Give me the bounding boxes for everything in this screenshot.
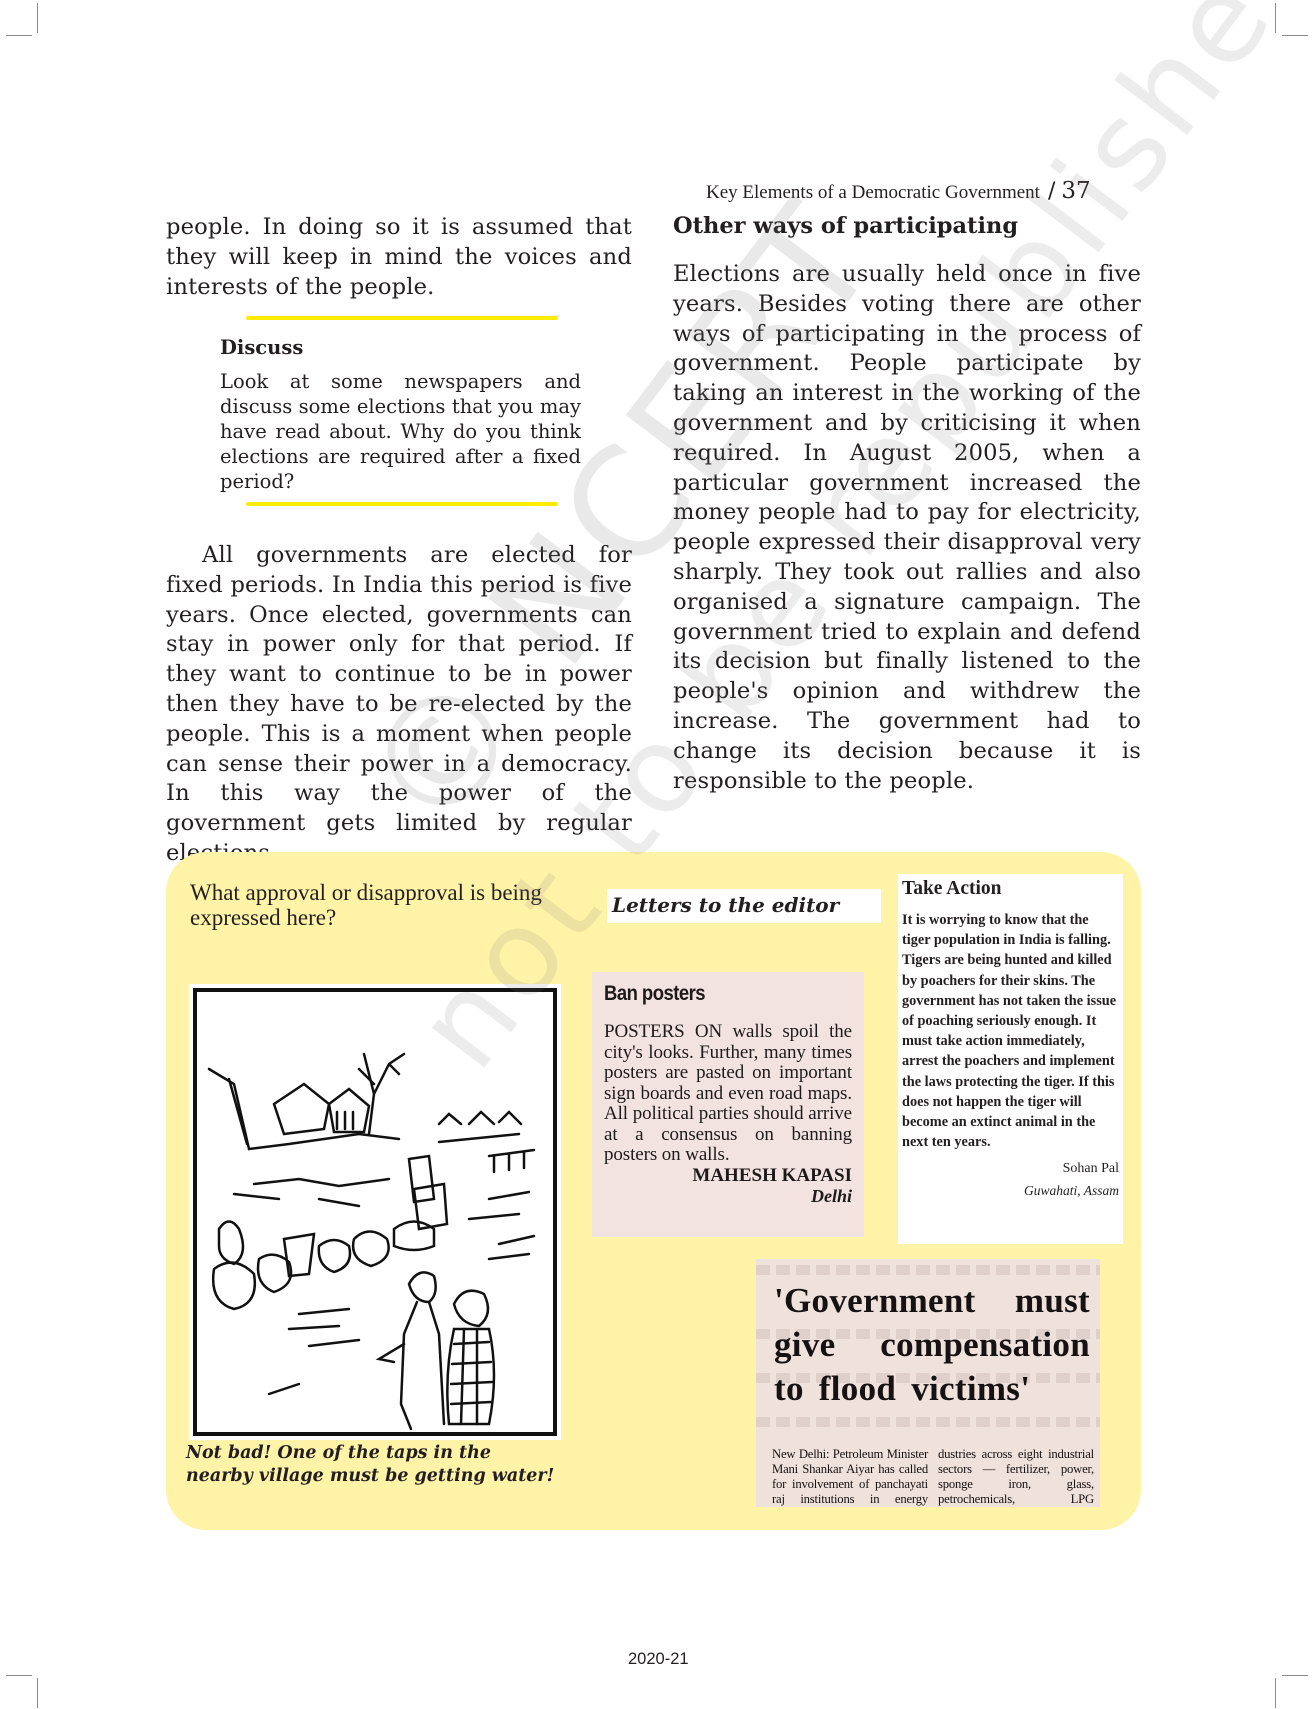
news-column-1: New Delhi: Petroleum Minister Mani Shank… bbox=[772, 1447, 928, 1507]
page-number: 37 bbox=[1061, 178, 1090, 204]
ban-posters-headline: Ban posters bbox=[604, 982, 822, 1006]
news-column-2: dustries across eight industrial sectors… bbox=[938, 1447, 1094, 1507]
intro-paragraph: people. In doing so it is assumed that t… bbox=[166, 213, 632, 302]
running-header: Key Elements of a Democratic Government/… bbox=[706, 178, 1091, 204]
crop-mark bbox=[6, 35, 32, 36]
crop-mark bbox=[6, 1675, 32, 1676]
activity-box: What approval or disapproval is being ex… bbox=[166, 852, 1141, 1530]
crop-mark bbox=[37, 3, 38, 33]
discuss-box: Discuss Look at some newspapers and disc… bbox=[220, 322, 581, 494]
take-action-letter: Take Action It is worrying to know that … bbox=[898, 874, 1123, 1244]
take-action-author: Sohan Pal bbox=[902, 1161, 1119, 1177]
footer-year: 2020-21 bbox=[628, 1650, 689, 1669]
crop-mark bbox=[1282, 1675, 1308, 1676]
crop-mark bbox=[1275, 3, 1276, 33]
ban-posters-body: POSTERS ON walls spoil the city's looks.… bbox=[604, 1022, 852, 1166]
cartoon-illustration bbox=[189, 984, 561, 1440]
take-action-body: It is worrying to know that the tiger po… bbox=[902, 910, 1119, 1152]
faded-text-strip bbox=[756, 1265, 1100, 1275]
letters-to-editor-title: Letters to the editor bbox=[607, 889, 881, 923]
take-action-place: Guwahati, Assam bbox=[902, 1183, 1119, 1199]
chapter-title: Key Elements of a Democratic Government bbox=[706, 182, 1040, 203]
elections-paragraph: All governments are elected for fixed pe… bbox=[166, 541, 632, 869]
discuss-title: Discuss bbox=[220, 336, 581, 359]
left-column: people. In doing so it is assumed that t… bbox=[166, 213, 632, 302]
discuss-top-rule bbox=[246, 316, 558, 320]
ban-posters-place: Delhi bbox=[604, 1186, 852, 1206]
participation-paragraph: Elections are usually held once in five … bbox=[673, 260, 1141, 796]
news-clipping: 'Government must give compensation to fl… bbox=[756, 1259, 1100, 1507]
ban-posters-letter: Ban posters POSTERS ON walls spoil the c… bbox=[592, 972, 864, 1237]
discuss-bottom-rule bbox=[246, 502, 558, 506]
news-headline: 'Government must give compensation to fl… bbox=[774, 1279, 1090, 1411]
crop-mark bbox=[1275, 1678, 1276, 1708]
header-separator: / bbox=[1048, 179, 1055, 204]
section-heading: Other ways of participating bbox=[673, 213, 1018, 239]
faded-text-strip bbox=[756, 1417, 1100, 1427]
right-column: Elections are usually held once in five … bbox=[673, 260, 1141, 796]
ban-posters-author: MAHESH KAPASI bbox=[604, 1166, 852, 1186]
left-column-lower: All governments are elected for fixed pe… bbox=[166, 541, 632, 869]
cartoon-drawing bbox=[189, 984, 561, 1440]
take-action-headline: Take Action bbox=[902, 878, 1119, 900]
cartoon-caption: Not bad! One of the taps in the nearby v… bbox=[186, 1442, 556, 1488]
crop-mark bbox=[1282, 35, 1308, 36]
activity-question: What approval or disapproval is being ex… bbox=[190, 880, 570, 930]
discuss-text: Look at some newspapers and discuss some… bbox=[220, 369, 581, 494]
news-columns: New Delhi: Petroleum Minister Mani Shank… bbox=[772, 1447, 1094, 1507]
crop-mark bbox=[37, 1678, 38, 1708]
